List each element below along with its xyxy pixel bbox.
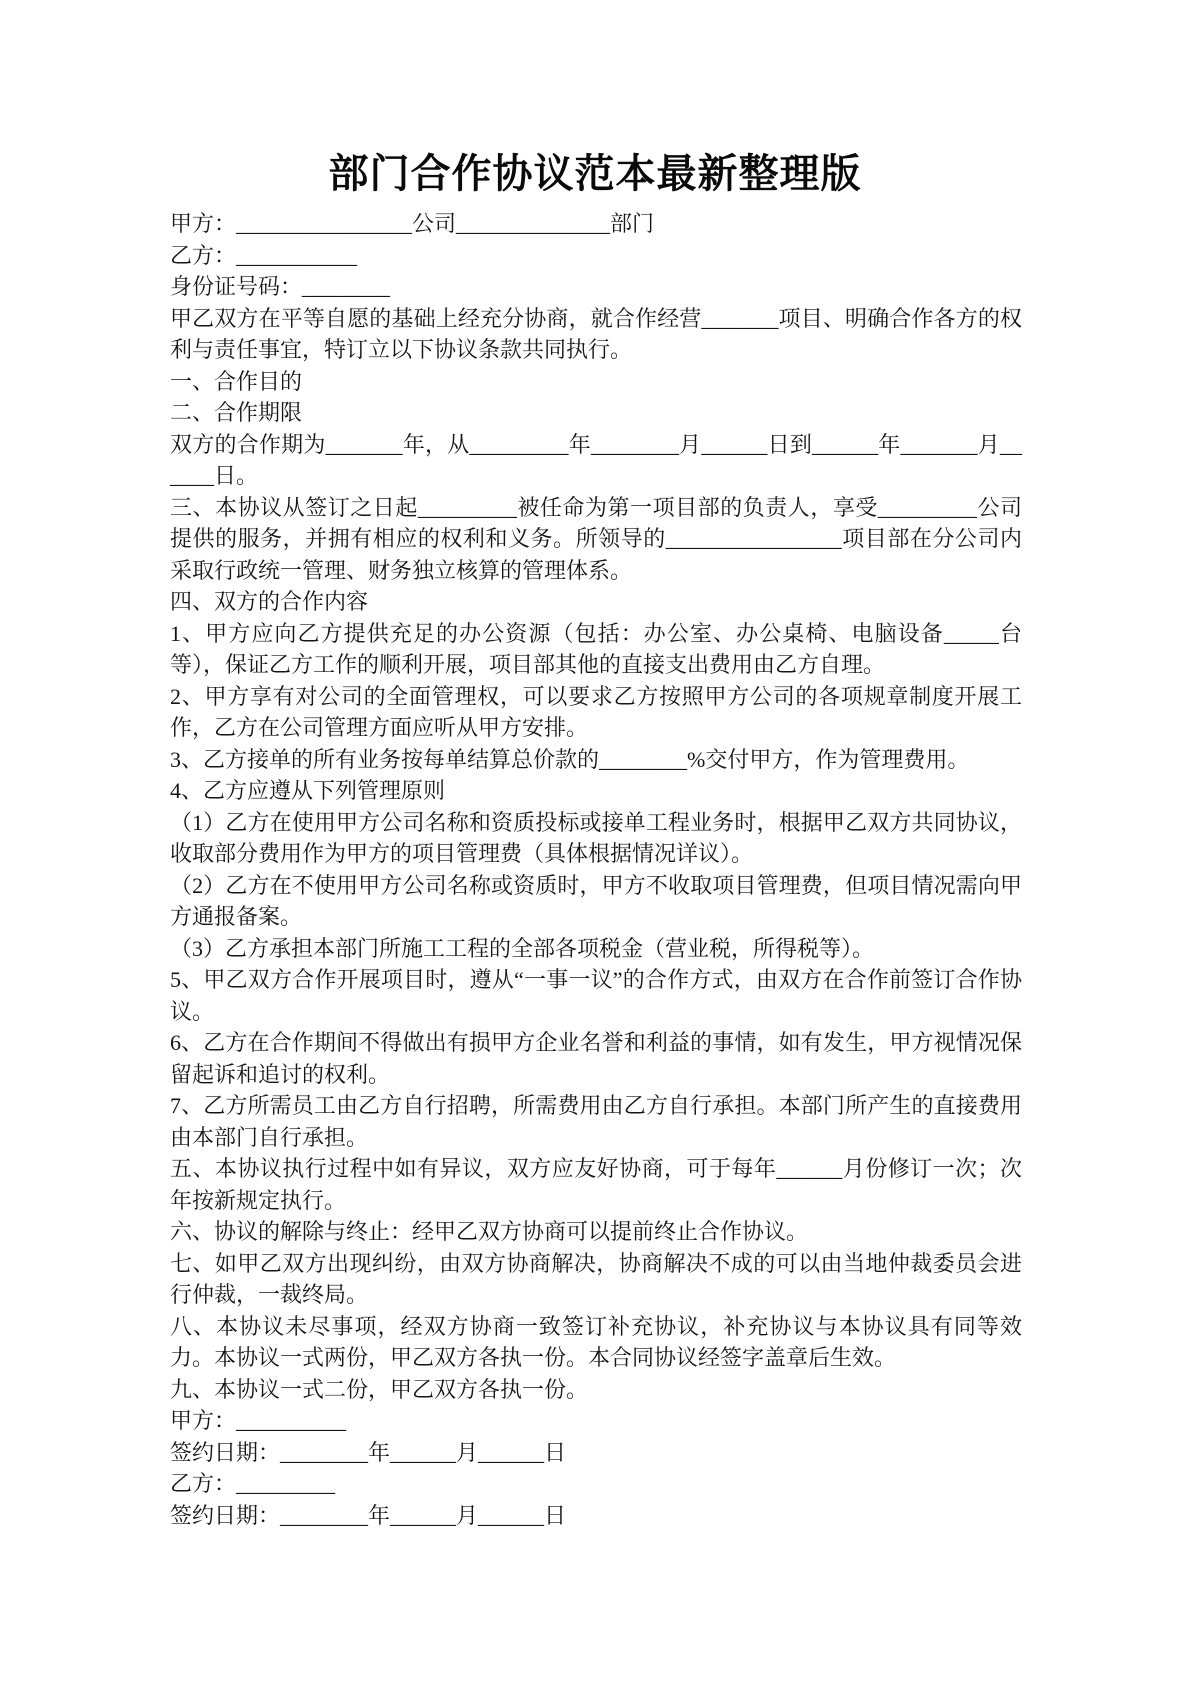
signature-date-a-line: 签约日期：________年______月______日	[170, 1437, 1022, 1469]
section-6-paragraph: 六、协议的解除与终止：经甲乙双方协商可以提前终止合作协议。	[170, 1216, 1022, 1248]
party-b-line: 乙方：___________	[170, 240, 1022, 272]
signature-party-a-line: 甲方：__________	[170, 1405, 1022, 1437]
section-9-paragraph: 九、本协议一式二份，甲乙双方各执一份。	[170, 1374, 1022, 1406]
section-7-paragraph: 七、如甲乙双方出现纠纷，由双方协商解决，协商解决不成的可以由当地仲裁委员会进行仲…	[170, 1248, 1022, 1311]
clause-4-heading: 4、乙方应遵从下列管理原则	[170, 775, 1022, 807]
id-number-line: 身份证号码：________	[170, 271, 1022, 303]
section-5-paragraph: 五、本协议执行过程中如有异议，双方应友好协商，可于每年______月份修订一次；…	[170, 1153, 1022, 1216]
section-1-heading: 一、合作目的	[170, 366, 1022, 398]
party-a-line: 甲方：________________公司______________部门	[170, 208, 1022, 240]
section-8-paragraph: 八、本协议未尽事项，经双方协商一致签订补充协议，补充协议与本协议具有同等效力。本…	[170, 1311, 1022, 1374]
clause-1-paragraph: 1、甲方应向乙方提供充足的办公资源（包括：办公室、办公桌椅、电脑设备_____台…	[170, 618, 1022, 681]
clause-7-paragraph: 7、乙方所需员工由乙方自行招聘，所需费用由乙方自行承担。本部门所产生的直接费用由…	[170, 1090, 1022, 1153]
clause-6-paragraph: 6、乙方在合作期间不得做出有损甲方企业名誉和利益的事情，如有发生，甲方视情况保留…	[170, 1027, 1022, 1090]
section-2-heading: 二、合作期限	[170, 397, 1022, 429]
clause-4-item-3: （3）乙方承担本部门所施工工程的全部各项税金（营业税，所得税等）。	[170, 933, 1022, 965]
clause-4-item-2: （2）乙方在不使用甲方公司名称或资质时，甲方不收取项目管理费，但项目情况需向甲方…	[170, 870, 1022, 933]
section-3-paragraph: 三、本协议从签订之日起_________被任命为第一项目部的负责人，享受____…	[170, 492, 1022, 587]
signature-date-b-line: 签约日期：________年______月______日	[170, 1500, 1022, 1532]
clause-5-paragraph: 5、甲乙双方合作开展项目时，遵从“一事一议”的合作方式，由双方在合作前签订合作协…	[170, 964, 1022, 1027]
document-body: 甲方：________________公司______________部门 乙方…	[170, 208, 1022, 1531]
section-4-heading: 四、双方的合作内容	[170, 586, 1022, 618]
preamble-paragraph: 甲乙双方在平等自愿的基础上经充分协商，就合作经营_______项目、明确合作各方…	[170, 303, 1022, 366]
signature-party-b-line: 乙方：_________	[170, 1468, 1022, 1500]
cooperation-period-paragraph: 双方的合作期为_______年，从_________年________月____…	[170, 429, 1022, 492]
clause-2-paragraph: 2、甲方享有对公司的全面管理权，可以要求乙方按照甲方公司的各项规章制度开展工作，…	[170, 681, 1022, 744]
clause-4-item-1: （1）乙方在使用甲方公司名称和资质投标或接单工程业务时，根据甲乙双方共同协议，收…	[170, 807, 1022, 870]
clause-3-paragraph: 3、乙方接单的所有业务按每单结算总价款的________%交付甲方，作为管理费用…	[170, 744, 1022, 776]
document-title: 部门合作协议范本最新整理版	[0, 150, 1190, 198]
document-page: 部门合作协议范本最新整理版 甲方：________________公司_____…	[0, 0, 1190, 1683]
